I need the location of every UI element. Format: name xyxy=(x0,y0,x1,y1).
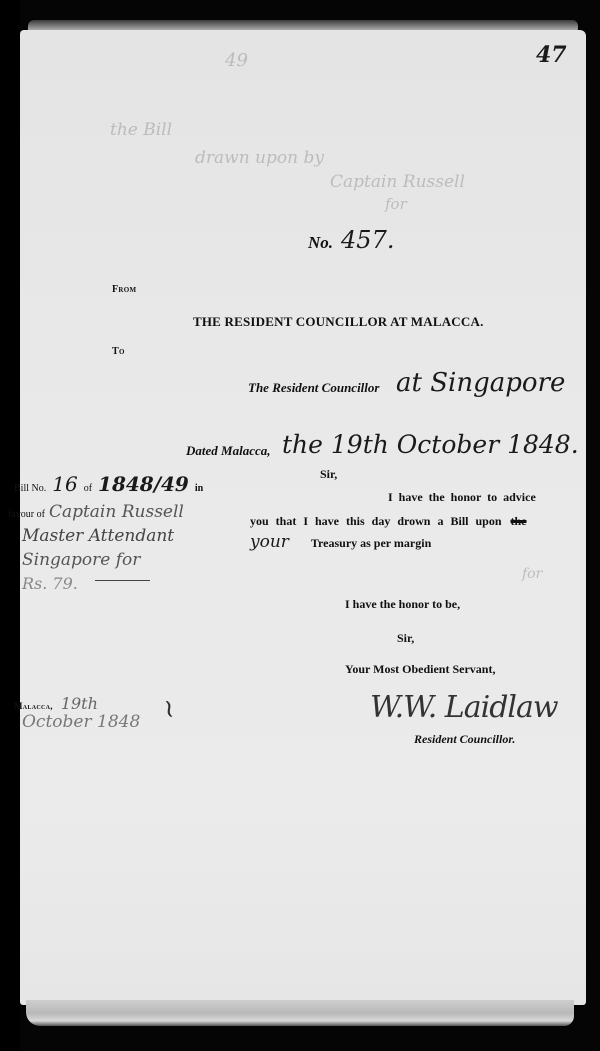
margin-favour-prefix: favour of xyxy=(8,509,45,520)
margin-favour-3: Singapore for xyxy=(22,550,140,570)
signature-title: Resident Councillor. xyxy=(414,732,515,747)
page-number: 47 xyxy=(536,42,567,68)
page-bottom-edge xyxy=(26,1000,574,1026)
faint-mark: 49 xyxy=(225,50,248,71)
from-label: From xyxy=(112,284,136,295)
margin-bill-of: of xyxy=(84,483,92,494)
from-value: THE RESIDENT COUNCILLOR AT MALACCA. xyxy=(193,314,484,330)
scan-left-border xyxy=(0,0,20,1051)
body-line-3: your Treasury as per margin xyxy=(250,532,431,552)
margin-favour-2: Master Attendant xyxy=(22,526,174,546)
faint-note: for xyxy=(522,566,542,582)
to-handwritten: at Singapore xyxy=(396,368,565,398)
margin-bill-year: 1848/49 xyxy=(98,472,189,496)
margin-place-prefix: Malacca, xyxy=(14,701,53,711)
dated-handwritten: the 19th October 1848. xyxy=(282,430,579,459)
faint-note: the Bill xyxy=(110,120,172,140)
margin-favour-4: Rs. 79. xyxy=(22,574,78,593)
letter-number-label: No. xyxy=(308,233,333,252)
margin-place-date: October 1848 xyxy=(22,712,140,732)
closing-line: I have the honor to be, xyxy=(345,597,460,612)
dated-label: Dated Malacca, xyxy=(186,443,270,459)
faint-note: for xyxy=(385,195,407,213)
body-line-3-handwritten: your xyxy=(250,532,289,552)
faint-note: Captain Russell xyxy=(330,172,465,192)
margin-favour-1: Captain Russell xyxy=(49,502,184,522)
margin-rule xyxy=(95,580,150,581)
margin-bill-prefix: Bill No. xyxy=(14,483,46,494)
margin-favour-line: favour of Captain Russell xyxy=(8,502,184,522)
letter-number-value: 457. xyxy=(341,226,394,254)
margin-bill-in: in xyxy=(195,483,203,494)
body-line-2: you that I have this day drown a Bill up… xyxy=(250,512,527,530)
letter-number: No. 457. xyxy=(308,226,394,254)
struck-word: the xyxy=(511,514,527,528)
margin-bill-no: 16 xyxy=(52,472,77,496)
closing-sir: Sir, xyxy=(397,631,414,646)
faint-note: drawn upon by xyxy=(195,148,324,168)
body-line-1: I have the honor to advice xyxy=(388,490,536,505)
closing-servant: Your Most Obedient Servant, xyxy=(345,662,495,677)
margin-bill-line: Bill No. 16 of 1848/49 in xyxy=(14,472,203,496)
margin-place-line: Malacca, 19th xyxy=(14,694,98,714)
body-line-2-text: you that I have this day drown a Bill up… xyxy=(250,514,502,528)
to-label: To xyxy=(112,346,125,357)
margin-place-day: 19th xyxy=(61,694,98,713)
signature: W.W. Laidlaw xyxy=(370,690,558,725)
to-printed: The Resident Councillor xyxy=(248,380,379,396)
body-line-3-text: Treasury as per margin xyxy=(311,536,431,550)
salutation: Sir, xyxy=(320,467,337,482)
